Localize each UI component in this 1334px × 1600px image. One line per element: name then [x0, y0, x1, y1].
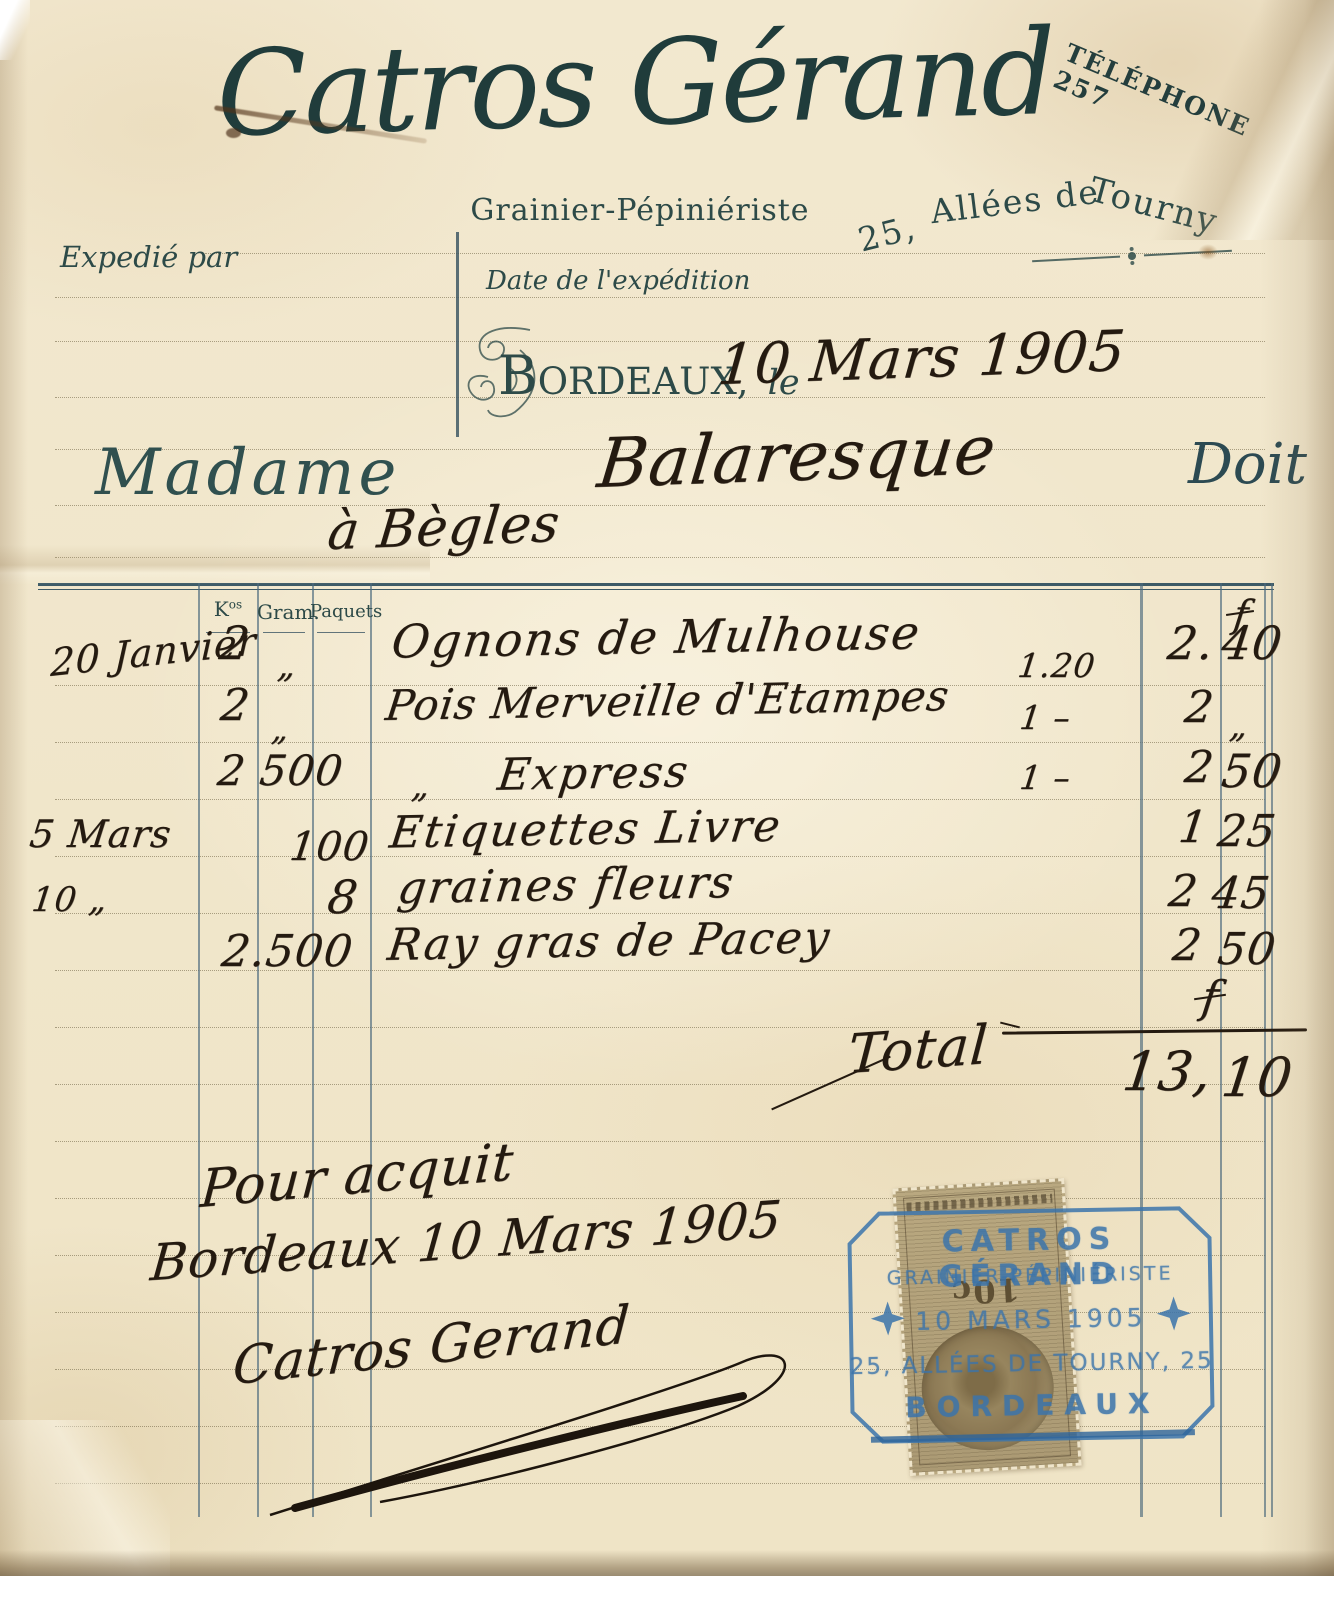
header-underline	[317, 632, 365, 633]
total-label: Total	[846, 1013, 991, 1086]
item-qty-kos-gram: 2.500	[219, 926, 356, 977]
item-description: Ognons de Mulhouse	[389, 605, 924, 668]
item-amount-centimes: 25	[1215, 806, 1279, 857]
item-amount-centimes: 50	[1219, 744, 1286, 798]
doit-label: Doit	[1188, 432, 1307, 497]
table-top-border-2	[38, 589, 1274, 590]
item-amount-francs: 2	[1147, 742, 1217, 793]
item-amount-centimes: 40	[1219, 616, 1286, 670]
table-top-border	[38, 583, 1274, 586]
scan-background-bottom	[0, 1576, 1334, 1600]
item-unit-price: 1 –	[1018, 758, 1074, 797]
item-amount-centimes: 45	[1209, 868, 1273, 919]
item-description: Ray gras de Pacey	[385, 912, 834, 971]
shipped-by-label: Expedié par	[60, 240, 237, 274]
ink-blob	[226, 128, 241, 138]
item-amount-francs: 1	[1161, 802, 1211, 853]
customer-location: à Bègles	[325, 494, 563, 562]
item-unit-price: 1 –	[1018, 698, 1074, 737]
total-amount-francs: 13,	[1112, 1040, 1216, 1103]
item-description: Etiquettes Livre	[387, 801, 785, 859]
invoice-document: TÉLÉPHONE 257 Catros Gérand Grainier-Pép…	[0, 0, 1334, 1600]
header-underline	[263, 632, 305, 633]
salutation-label: Madame	[95, 436, 400, 510]
item-date: 5 Mars	[27, 812, 174, 856]
item-amount-francs: 2	[1155, 920, 1205, 971]
item-qty-paquets: 100	[287, 824, 372, 870]
item-unit-price: 1.20	[1016, 646, 1098, 685]
column-header-gram: Gram.	[257, 600, 312, 624]
expedition-date-label: Date de l'expédition	[486, 266, 750, 296]
merchant-stamp: CATROS GÉRAND GRAINIER-PÉPINIÉRISTE 10 M…	[843, 1202, 1219, 1448]
column-header-paquets: Paquets	[310, 601, 372, 622]
item-amount-francs: 2	[1151, 866, 1201, 917]
item-qty-kos-gram: 2 500	[215, 746, 346, 795]
total-amount-centimes: 10	[1218, 1046, 1296, 1109]
stamp-city: BORDEAUX	[846, 1386, 1219, 1425]
item-date: 10 „	[30, 880, 111, 920]
company-logotype: Catros Gérand	[213, 3, 1056, 163]
item-amount-francs: 2.	[1147, 616, 1218, 670]
item-description: Express	[495, 746, 693, 800]
column-line	[1220, 583, 1222, 1517]
city-initial: B	[498, 344, 538, 407]
profession-subtitle: Grainier-Pépiniériste	[455, 193, 825, 228]
customer-name: Balaresque	[594, 411, 1000, 504]
item-description: graines fleurs	[395, 857, 738, 914]
item-description: Pois Merveille d'Etampes	[383, 671, 952, 730]
signature-flourish	[200, 1330, 820, 1540]
item-amount-francs: 2	[1147, 682, 1217, 733]
item-amount-centimes: 50	[1215, 924, 1279, 975]
